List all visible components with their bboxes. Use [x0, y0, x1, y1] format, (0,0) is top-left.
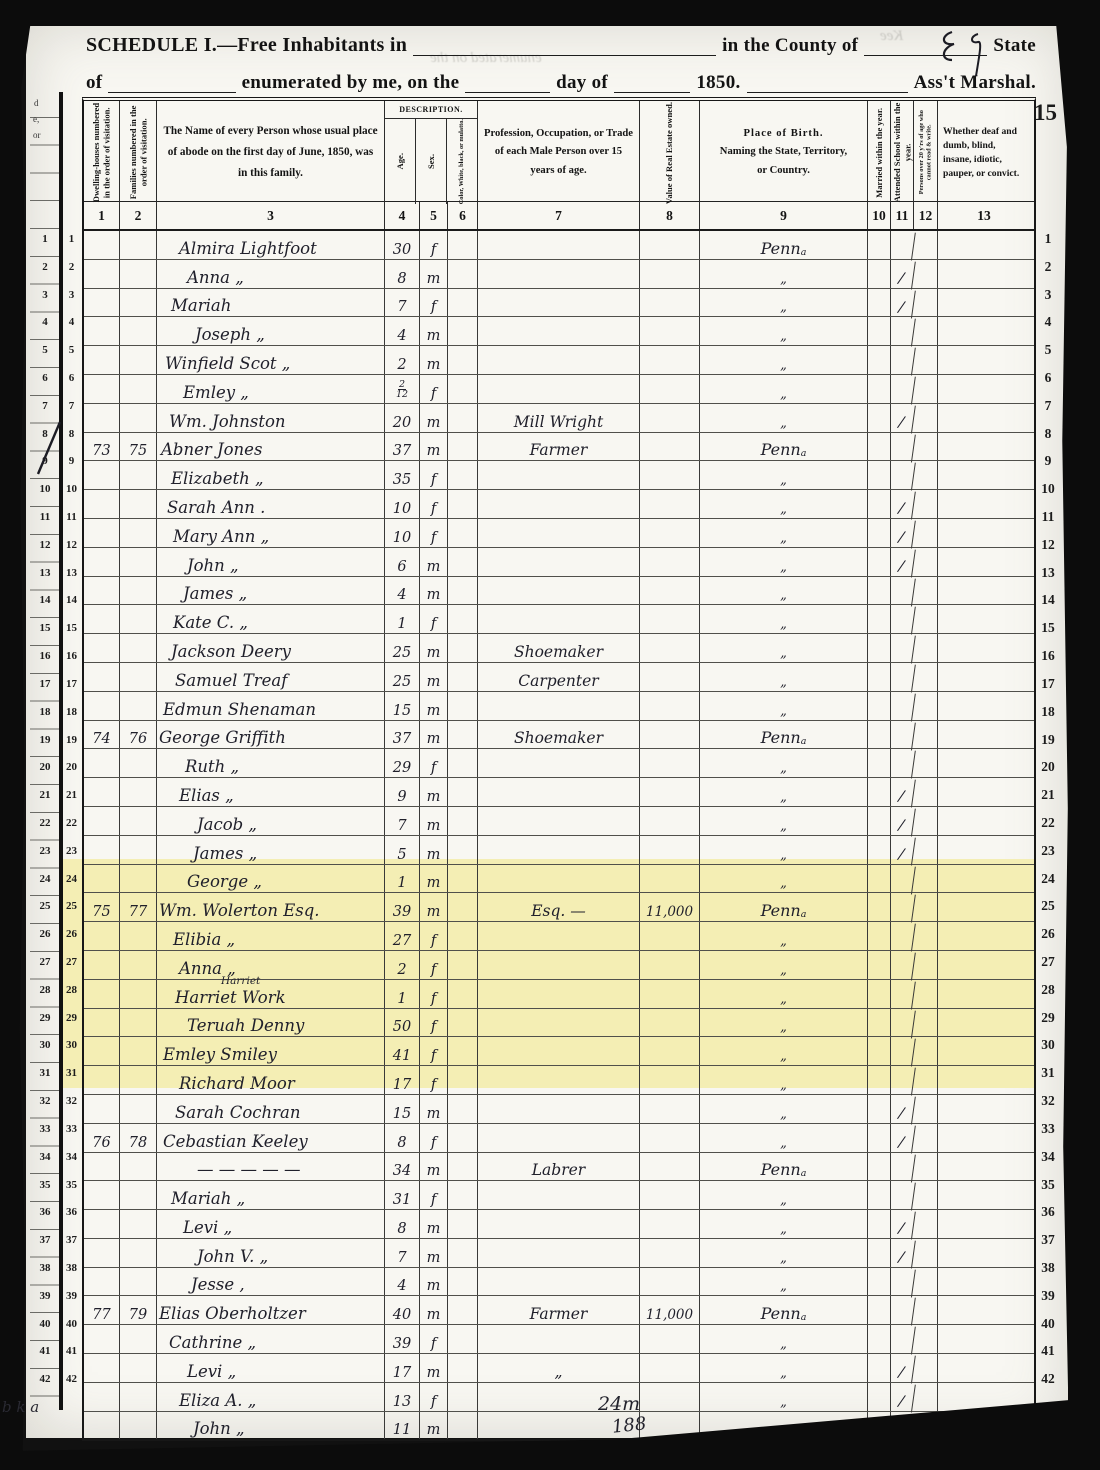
cell-dwelling-number: [84, 1383, 120, 1411]
cell-condition-remarks: [938, 490, 1030, 518]
line-number: 2: [63, 253, 80, 281]
cell-sex: m: [420, 346, 448, 374]
cell-cannot-read-write: [914, 922, 938, 950]
cell-dwelling-number: [84, 289, 120, 317]
cell-occupation: Esq. —: [478, 893, 640, 921]
cell-occupation: [478, 836, 640, 864]
cell-dwelling-number: 76: [84, 1124, 120, 1152]
census-row-25: Elibia „27f„: [84, 922, 1034, 951]
census-row-11: Mary Ann „10f„/: [84, 519, 1034, 548]
census-row-30: Richard Moor17f„: [84, 1066, 1034, 1095]
cell-color: [448, 1325, 478, 1353]
cell-cannot-read-write: [914, 1066, 938, 1094]
cell-real-estate-value: [640, 951, 700, 979]
line-number: 36: [34, 1198, 56, 1226]
birthplace-superscript: a: [801, 247, 807, 258]
cell-dwelling-number: [84, 577, 120, 605]
census-row-2: Anna „8m„/: [84, 260, 1034, 289]
cell-family-number: [120, 1325, 157, 1353]
cell-age: 15: [385, 692, 420, 720]
cell-cannot-read-write: [914, 1037, 938, 1065]
cell-color: [448, 1268, 478, 1296]
cell-sex: f: [420, 749, 448, 777]
birthplace-superscript: a: [801, 448, 807, 459]
cell-age: 20: [385, 404, 420, 432]
cell-married-in-year: [868, 1124, 891, 1152]
edge-fragment: e,: [33, 114, 39, 124]
school-header-text: Attended School within the year.: [892, 101, 913, 204]
cell-dwelling-number: [84, 1239, 120, 1267]
cell-family-number: [120, 663, 157, 691]
cell-family-number: [120, 346, 157, 374]
col9-line1: Place of Birth.: [743, 125, 823, 144]
cell-color: [448, 1124, 478, 1152]
cell-family-number: [120, 461, 157, 489]
census-rows: Almira Lightfoot30fPennaAnna „8m„/Mariah…: [84, 231, 1034, 1439]
cell-occupation: [478, 922, 640, 950]
cell-cannot-read-write: [914, 375, 938, 403]
cannot-read-header: Persons over 20 y'rs of age who cannot r…: [914, 101, 938, 204]
cell-birthplace: „: [700, 404, 868, 432]
cell-married-in-year: [868, 1095, 891, 1123]
cell-name: John „: [157, 548, 385, 576]
cell-birthplace: Penna: [700, 1296, 868, 1324]
edge-fragment: or: [33, 130, 41, 140]
cell-condition-remarks: [938, 865, 1030, 893]
cell-sex: f: [420, 1383, 448, 1411]
cell-age: 50: [385, 1009, 420, 1037]
cell-sex: f: [420, 951, 448, 979]
cell-sex: m: [420, 317, 448, 345]
cell-cannot-read-write: [914, 231, 938, 259]
cell-attended-school: [889, 661, 916, 692]
blank-township: [413, 41, 716, 56]
cell-condition-remarks: [938, 721, 1030, 749]
cell-color: [448, 519, 478, 547]
cell-family-number: [120, 548, 157, 576]
cell-cannot-read-write: [914, 1181, 938, 1209]
cell-family-number: [120, 1239, 157, 1267]
col9-line2: Naming the State, Territory,: [720, 143, 847, 162]
line-number: 20: [63, 753, 80, 781]
census-row-19: Ruth „29f„: [84, 749, 1034, 778]
cell-color: [448, 605, 478, 633]
cell-occupation: [478, 1181, 640, 1209]
cell-occupation: [478, 1210, 640, 1238]
cell-dwelling-number: 75: [84, 893, 120, 921]
cell-age: 37: [385, 721, 420, 749]
cell-birthplace: „: [700, 807, 868, 835]
cell-color: [448, 893, 478, 921]
line-number: 33: [34, 1115, 56, 1143]
line-number: 37: [63, 1226, 80, 1254]
cell-dwelling-number: [84, 519, 120, 547]
cell-family-number: [120, 260, 157, 288]
cell-birthplace: „: [700, 1124, 868, 1152]
cell-name: Winfield Scot „: [157, 346, 385, 374]
cell-cannot-read-write: [914, 1354, 938, 1382]
line-number: 12: [63, 531, 80, 559]
cell-birthplace: „: [700, 836, 868, 864]
cell-family-number: [120, 317, 157, 345]
cell-real-estate-value: [640, 1066, 700, 1094]
cell-name: Wm. Wolerton Esq.: [157, 893, 385, 921]
cell-age: 2: [385, 951, 420, 979]
cell-real-estate-value: [640, 1268, 700, 1296]
cell-color: [448, 778, 478, 806]
line-number: 13: [1036, 559, 1060, 587]
cell-birthplace: „: [700, 346, 868, 374]
line-number: 1: [1036, 225, 1060, 253]
cell-condition-remarks: [938, 836, 1030, 864]
cell-attended-school: [889, 1324, 916, 1355]
line-number: 35: [34, 1171, 56, 1199]
cell-married-in-year: [868, 1009, 891, 1037]
cell-sex: m: [420, 865, 448, 893]
line-number: 26: [1036, 920, 1060, 948]
cell-sex: f: [420, 1325, 448, 1353]
cell-condition-remarks: [938, 317, 1030, 345]
scan-edge-top: [0, 0, 1100, 26]
cell-birthplace: „: [700, 1239, 868, 1267]
cell-cannot-read-write: [914, 317, 938, 345]
cell-attended-school: [889, 230, 916, 261]
cell-color: [448, 1383, 478, 1411]
line-number: 34: [1036, 1143, 1060, 1171]
cell-birthplace: „: [700, 692, 868, 720]
line-number: 18: [63, 698, 80, 726]
cell-condition-remarks: [938, 1066, 1030, 1094]
cell-attended-school: [889, 690, 916, 721]
cell-family-number: [120, 749, 157, 777]
cell-married-in-year: [868, 749, 891, 777]
cell-color: [448, 807, 478, 835]
col1-header-text: Dwelling-houses numbered in the order of…: [91, 101, 112, 204]
cell-dwelling-number: [84, 1066, 120, 1094]
cell-married-in-year: [868, 260, 891, 288]
cell-occupation: Carpenter: [478, 663, 640, 691]
cell-occupation: [478, 260, 640, 288]
cell-condition-remarks: [938, 375, 1030, 403]
cell-color: [448, 1153, 478, 1181]
cell-name: Anna „: [157, 951, 385, 979]
cell-real-estate-value: [640, 634, 700, 662]
cell-birthplace: „: [700, 1325, 868, 1353]
cell-dwelling-number: [84, 1325, 120, 1353]
col7-line2: of each Male Person over 15: [495, 143, 622, 162]
cell-dwelling-number: [84, 231, 120, 259]
cell-real-estate-value: [640, 1009, 700, 1037]
cell-real-estate-value: [640, 260, 700, 288]
cell-occupation: [478, 980, 640, 1008]
cell-occupation: Labrer: [478, 1153, 640, 1181]
cell-birthplace: „: [700, 260, 868, 288]
cell-occupation: [478, 231, 640, 259]
line-number: 18: [34, 698, 56, 726]
cell-cannot-read-write: [914, 865, 938, 893]
cell-attended-school: [889, 863, 916, 894]
line-number: 24: [63, 865, 80, 893]
cell-family-number: [120, 634, 157, 662]
cell-condition-remarks: [938, 893, 1030, 921]
cell-name: Teruah Denny: [157, 1009, 385, 1037]
line-number: 6: [34, 364, 56, 392]
cell-condition-remarks: [938, 577, 1030, 605]
cell-birthplace: „: [700, 865, 868, 893]
line-number: 27: [63, 948, 80, 976]
cell-condition-remarks: [938, 404, 1030, 432]
cell-occupation: Farmer: [478, 433, 640, 461]
line-number: 11: [63, 503, 80, 531]
cell-family-number: [120, 922, 157, 950]
cell-cannot-read-write: [914, 807, 938, 835]
cell-married-in-year: [868, 836, 891, 864]
cell-family-number: [120, 807, 157, 835]
cell-attended-school: [889, 719, 916, 750]
cell-sex: m: [420, 634, 448, 662]
cell-name: John V. „: [157, 1239, 385, 1267]
cell-real-estate-value: [640, 490, 700, 518]
cell-real-estate-value: [640, 1095, 700, 1123]
cell-name: — — — — —: [157, 1153, 385, 1181]
cell-name: James „: [157, 836, 385, 864]
cell-sex: f: [420, 1009, 448, 1037]
cell-name: Samuel Treaf: [157, 663, 385, 691]
cell-birthplace: „: [700, 605, 868, 633]
cell-color: [448, 980, 478, 1008]
line-number: 27: [34, 948, 56, 976]
cell-family-number: [120, 1037, 157, 1065]
cell-real-estate-value: [640, 749, 700, 777]
line-number: 13: [34, 559, 56, 587]
line-number: 21: [63, 781, 80, 809]
line-number: 14: [1036, 587, 1060, 615]
cell-age: 10: [385, 490, 420, 518]
line-number: 38: [34, 1254, 56, 1282]
cell-age: 13: [385, 1383, 420, 1411]
cell-dwelling-number: [84, 865, 120, 893]
line-number: 5: [1036, 336, 1060, 364]
cell-family-number: 79: [120, 1296, 157, 1324]
cell-occupation: [478, 375, 640, 403]
cell-attended-school: /: [889, 1209, 916, 1240]
line-number: 15: [63, 614, 80, 642]
cell-married-in-year: [868, 893, 891, 921]
cell-attended-school: /: [889, 1122, 916, 1153]
line-number: 32: [1036, 1087, 1060, 1115]
cell-dwelling-number: [84, 951, 120, 979]
cell-name: Joseph „: [157, 317, 385, 345]
line-number: 8: [63, 420, 80, 448]
column-number-row: 12345678910111213: [84, 202, 1034, 231]
cell-color: [448, 375, 478, 403]
cell-family-number: [120, 1354, 157, 1382]
cell-name: Jackson Deery: [157, 634, 385, 662]
cell-dwelling-number: [84, 317, 120, 345]
cell-real-estate-value: [640, 1210, 700, 1238]
cell-real-estate-value: [640, 1124, 700, 1152]
cell-birthplace: „: [700, 778, 868, 806]
column-number: 7: [478, 202, 640, 229]
cell-dwelling-number: [84, 634, 120, 662]
cell-color: [448, 1296, 478, 1324]
real-estate-header-text: Value of Real Estate owned.: [664, 102, 674, 204]
cell-real-estate-value: [640, 461, 700, 489]
line-number: 14: [34, 587, 56, 615]
cell-name: Sarah Cochran: [157, 1095, 385, 1123]
cell-attended-school: [889, 1036, 916, 1067]
cell-condition-remarks: [938, 1037, 1030, 1065]
cell-occupation: [478, 548, 640, 576]
line-number: 41: [34, 1338, 56, 1366]
cell-real-estate-value: [640, 1153, 700, 1181]
line-number: 10: [63, 475, 80, 503]
line-number: 34: [63, 1143, 80, 1171]
cell-condition-remarks: [938, 231, 1030, 259]
census-row-7: Wm. Johnston20mMill Wright„/: [84, 404, 1034, 433]
cell-cannot-read-write: [914, 951, 938, 979]
cell-sex: m: [420, 778, 448, 806]
cell-married-in-year: [868, 778, 891, 806]
cell-age: 17: [385, 1066, 420, 1094]
cell-married-in-year: [868, 404, 891, 432]
cell-age: 1: [385, 605, 420, 633]
tally-bottom: 188: [611, 1413, 647, 1437]
cell-attended-school: [889, 460, 916, 491]
cell-cannot-read-write: [914, 1153, 938, 1181]
cell-birthplace: „: [700, 1095, 868, 1123]
cell-married-in-year: [868, 1383, 891, 1411]
cell-birthplace: „: [700, 461, 868, 489]
cell-birthplace: „: [700, 519, 868, 547]
line-number: 7: [34, 392, 56, 420]
cell-color: [448, 433, 478, 461]
cell-condition-remarks: [938, 1153, 1030, 1181]
cell-cannot-read-write: [914, 721, 938, 749]
line-number: 10: [34, 475, 56, 503]
cell-occupation: [478, 778, 640, 806]
year-label: 1850.: [696, 72, 740, 94]
cell-attended-school: /: [889, 258, 916, 289]
cell-birthplace: „: [700, 1181, 868, 1209]
cell-sex: m: [420, 260, 448, 288]
schedule-title: SCHEDULE I.—Free Inhabitants in: [86, 34, 407, 57]
cell-married-in-year: [868, 375, 891, 403]
column-number: 12: [914, 202, 938, 229]
cell-dwelling-number: [84, 692, 120, 720]
cell-family-number: [120, 1181, 157, 1209]
cell-condition-remarks: [938, 692, 1030, 720]
col3-header: The Name of every Person whose usual pla…: [157, 101, 385, 204]
census-row-1: Almira Lightfoot30fPenna: [84, 231, 1034, 260]
cell-occupation: Shoemaker: [478, 634, 640, 662]
cell-name: Richard Moor: [157, 1066, 385, 1094]
cell-occupation: [478, 605, 640, 633]
cell-name: Kate C. „: [157, 605, 385, 633]
line-number: 41: [63, 1338, 80, 1366]
line-number: 40: [1036, 1310, 1060, 1338]
census-row-34: Mariah „31f„: [84, 1181, 1034, 1210]
marshal-signature-mark: [938, 26, 1008, 78]
cell-attended-school: [889, 949, 916, 980]
census-row-35: Levi „8m„/: [84, 1210, 1034, 1239]
cell-name: Mary Ann „: [157, 519, 385, 547]
cell-occupation: [478, 461, 640, 489]
cell-condition-remarks: [938, 1009, 1030, 1037]
cell-condition-remarks: [938, 1325, 1030, 1353]
cell-age: 5: [385, 836, 420, 864]
cell-real-estate-value: [640, 289, 700, 317]
cell-married-in-year: [868, 1181, 891, 1209]
cell-dwelling-number: 77: [84, 1296, 120, 1324]
cell-dwelling-number: [84, 1210, 120, 1238]
cell-name: Levi „: [157, 1210, 385, 1238]
cell-real-estate-value: [640, 980, 700, 1008]
cell-color: [448, 577, 478, 605]
cell-sex: f: [420, 1037, 448, 1065]
age-header: Age.: [385, 119, 416, 204]
cell-birthplace: Penna: [700, 1153, 868, 1181]
cell-condition-remarks: [938, 433, 1030, 461]
cell-name: Jesse ,: [157, 1268, 385, 1296]
line-number: 16: [1036, 642, 1060, 670]
cell-attended-school: /: [889, 1353, 916, 1384]
cell-birthplace: „: [700, 1037, 868, 1065]
cell-sex: f: [420, 1066, 448, 1094]
cell-age: 8: [385, 260, 420, 288]
line-number: 3: [63, 281, 80, 309]
line-number: 36: [63, 1198, 80, 1226]
cell-color: [448, 663, 478, 691]
cell-birthplace: „: [700, 577, 868, 605]
cell-color: [448, 836, 478, 864]
cell-cannot-read-write: [914, 836, 938, 864]
cell-age: 39: [385, 1325, 420, 1353]
cell-dwelling-number: [84, 404, 120, 432]
cell-cannot-read-write: [914, 577, 938, 605]
cell-cannot-read-write: [914, 1296, 938, 1324]
cell-condition-remarks: [938, 1354, 1030, 1382]
line-number: 7: [63, 392, 80, 420]
line-number: 11: [1036, 503, 1060, 531]
cell-cannot-read-write: [914, 260, 938, 288]
line-number: 2: [34, 253, 56, 281]
cell-name: Harriet WorkHarriet: [157, 980, 385, 1008]
line-number: 42: [34, 1365, 56, 1393]
census-row-28: Teruah Denny50f„: [84, 1009, 1034, 1038]
cell-family-number: [120, 778, 157, 806]
cell-real-estate-value: [640, 692, 700, 720]
married-header: Married within the year.: [868, 101, 891, 204]
line-number: 40: [63, 1310, 80, 1338]
cell-married-in-year: [868, 1153, 891, 1181]
cell-name: Wm. Johnston: [157, 404, 385, 432]
cell-birthplace: „: [700, 634, 868, 662]
cell-cannot-read-write: [914, 634, 938, 662]
birthplace-superscript: a: [801, 909, 807, 920]
cell-sex: f: [420, 490, 448, 518]
cell-occupation: [478, 1095, 640, 1123]
cell-birthplace: „: [700, 951, 868, 979]
cell-condition-remarks: [938, 346, 1030, 374]
cell-condition-remarks: [938, 807, 1030, 835]
cell-family-number: [120, 231, 157, 259]
cell-cannot-read-write: [914, 893, 938, 921]
cell-occupation: Mill Wright: [478, 404, 640, 432]
cell-family-number: [120, 1009, 157, 1037]
cell-age: 30: [385, 231, 420, 259]
line-number: 32: [63, 1087, 80, 1115]
